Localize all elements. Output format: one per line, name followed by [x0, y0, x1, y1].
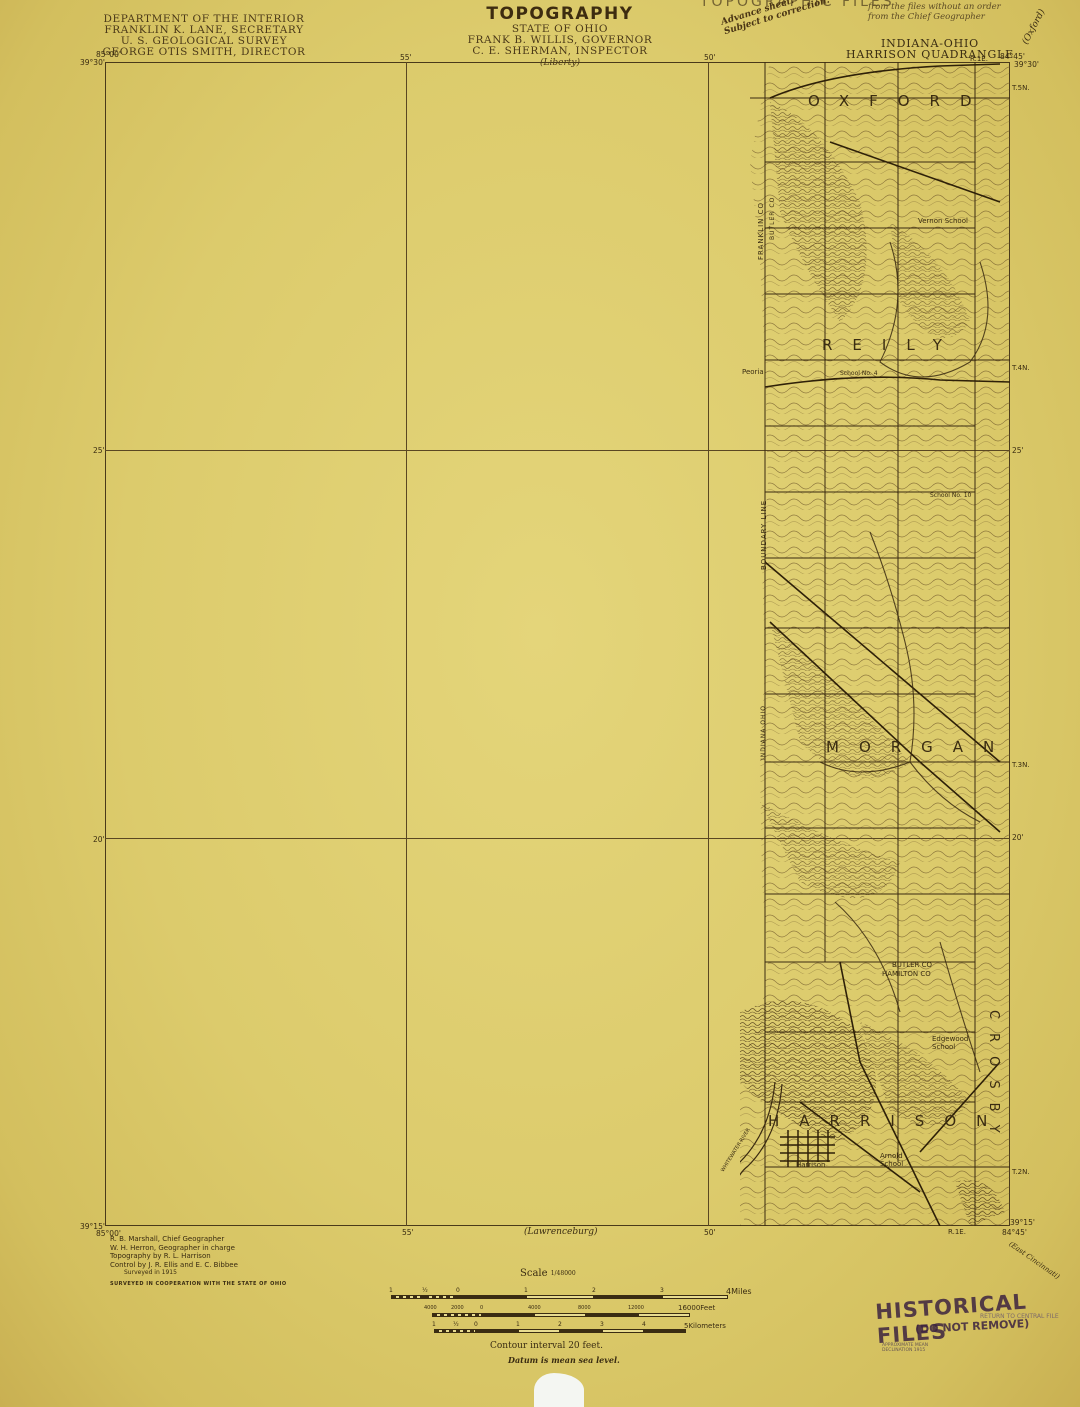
header-line: C. E. SHERMAN, INSPECTOR — [440, 46, 680, 57]
coord-se-lat: 39°15' — [1010, 1218, 1035, 1227]
tick-label: 1 — [524, 1287, 528, 1294]
township-label-t2n: T.2N. — [1012, 1168, 1030, 1176]
unit-label: Feet — [700, 1304, 715, 1312]
scale-bar-seg — [458, 1295, 526, 1299]
scale-title: Scale 1/48000 — [520, 1268, 576, 1279]
scale-bar-seg — [526, 1295, 594, 1299]
label-butler-co-south: BUTLER CO — [892, 961, 932, 969]
place-vernon-school: Vernon School — [918, 217, 968, 225]
stamp-note-line: from the Chief Geographer — [868, 12, 1001, 22]
township-oxford: OXFORD — [808, 92, 992, 110]
coord-right-25: 25' — [1012, 446, 1024, 455]
label-boundary-line: BOUNDARY LINE — [760, 500, 768, 570]
tick-label: 4000 — [424, 1305, 437, 1311]
credit-line: Topography by R. L. Harrison — [110, 1252, 287, 1261]
coord-left-25: 25' — [93, 446, 105, 455]
tick-label: 8000 — [578, 1305, 591, 1311]
map-title: TOPOGRAPHY — [440, 4, 680, 24]
place-arnold-school: Arnold School — [880, 1152, 910, 1168]
stamp-note: from the files without an order from the… — [868, 2, 1001, 22]
scale-bar-seg — [638, 1313, 690, 1317]
topographic-map-area[interactable] — [740, 62, 1010, 1226]
township-morgan: MORGAN — [826, 738, 1014, 756]
coord-bottom-50: 50' — [704, 1228, 716, 1237]
label-hamilton-co: HAMILTON CO — [882, 970, 931, 978]
place-school-no-10: School No. 10 — [930, 492, 971, 499]
scale-bar-seg — [644, 1329, 686, 1333]
return-central-file-stamp: RETURN TO CENTRAL FILE — [980, 1313, 1059, 1320]
tick-label: 1 — [432, 1321, 436, 1328]
scale-bar-seg — [482, 1313, 534, 1317]
adjacent-sheet-south: (Lawrenceburg) — [524, 1227, 597, 1237]
tick-label: ½ — [453, 1321, 459, 1328]
tick-label: 12000 — [628, 1305, 644, 1311]
stamp-note-line: from the files without an order — [868, 2, 1001, 12]
coord-right-20: 20' — [1012, 833, 1024, 842]
label-butler-co: BUTLER CO — [769, 197, 776, 240]
scale-bar-seg — [534, 1313, 586, 1317]
township-label-t3n: T.3N. — [1012, 761, 1030, 769]
tick-label: 2 — [558, 1321, 562, 1328]
cooperation-note: SURVEYED IN COOPERATION WITH THE STATE O… — [110, 1280, 287, 1289]
declination-line: DECLINATION 1915 — [882, 1348, 928, 1353]
tick-label: 2000 — [451, 1305, 464, 1311]
scale-bar-seg — [662, 1295, 728, 1299]
coord-left-20: 20' — [93, 835, 105, 844]
unit-label: Kilometers — [688, 1322, 725, 1330]
datum-note: Datum is mean sea level. — [508, 1355, 620, 1365]
scale-bar-seg — [602, 1329, 644, 1333]
tick-label: 16000 — [678, 1304, 700, 1312]
tick-label: 2 — [592, 1287, 596, 1294]
place-harrison: Harrison — [796, 1161, 826, 1169]
scale-bar-seg — [518, 1329, 560, 1333]
tick-label: 0 — [474, 1321, 478, 1328]
coord-se-lon: 84°45' — [1002, 1228, 1027, 1237]
survey-year: Surveyed in 1915 — [110, 1269, 287, 1278]
credit-line: R. B. Marshall, Chief Geographer — [110, 1235, 287, 1244]
adjacent-sheet-se: (East Cincinnati) — [1007, 1240, 1061, 1281]
tick-label: 0 — [456, 1287, 460, 1294]
scale-bar-seg — [476, 1329, 518, 1333]
grid-line-55 — [406, 62, 407, 1226]
tick-label: 1 — [516, 1321, 520, 1328]
place-peoria: Peoria — [742, 368, 764, 376]
township-label-t4n: T.4N. — [1012, 364, 1030, 372]
township-harrison: HARRISON — [768, 1112, 1007, 1130]
paper-tear — [534, 1373, 584, 1407]
coord-ne-lat: 39°30' — [1014, 60, 1039, 69]
contour-interval: Contour interval 20 feet. — [490, 1341, 603, 1351]
unit-label: Miles — [731, 1287, 751, 1296]
scale-bar-seg — [586, 1313, 638, 1317]
range-label-top: R.1E. — [970, 55, 988, 63]
coord-nw-lon: 85°00' — [96, 50, 121, 59]
label-franklin-co: FRANKLIN CO — [757, 202, 765, 260]
coord-bottom-55: 55' — [402, 1228, 414, 1237]
credit-line: W. H. Herron, Geographer in charge — [110, 1244, 287, 1253]
adjacent-sheet-ne: (Oxford) — [1021, 8, 1048, 47]
scale-bar-seg — [594, 1295, 662, 1299]
header-title-block: TOPOGRAPHY STATE OF OHIO FRANK B. WILLIS… — [440, 4, 680, 68]
tick-label: 4 — [642, 1321, 646, 1328]
tick-label: 3 — [600, 1321, 604, 1328]
grid-line-50 — [708, 62, 709, 1226]
township-crosby: CROSBY — [986, 1010, 1001, 1147]
scale-bar-seg — [560, 1329, 602, 1333]
township-label-t5n: T.5N. — [1012, 84, 1030, 92]
coord-nw-lat: 39°30' — [80, 58, 105, 67]
scale-bar-sub — [434, 1329, 476, 1333]
scale-label: Scale — [520, 1268, 548, 1279]
label-indiana-ohio: INDIANA OHIO — [760, 705, 767, 760]
coord-top-55: 55' — [400, 53, 412, 62]
tick-label: 3 — [660, 1287, 664, 1294]
township-reily: REILY — [822, 336, 962, 354]
tick-label: 4000 — [528, 1305, 541, 1311]
credits-block: R. B. Marshall, Chief Geographer W. H. H… — [110, 1235, 287, 1288]
range-label-bottom: R.1E. — [948, 1228, 966, 1236]
place-school-no-4: School No. 4 — [840, 370, 878, 377]
scale-bar-sub — [391, 1295, 424, 1299]
declination-note: APPROXIMATE MEAN DECLINATION 1915 — [882, 1343, 928, 1353]
coord-top-50: 50' — [704, 53, 716, 62]
tick-label: ½ — [422, 1287, 428, 1294]
credit-line: Control by J. R. Ellis and E. C. Bibbee — [110, 1261, 287, 1270]
place-edgewood-school: Edgewood School — [932, 1035, 966, 1051]
scale-fraction: 1/48000 — [551, 1270, 576, 1277]
tick-label: 0 — [480, 1305, 483, 1311]
scale-bar-sub — [432, 1313, 482, 1317]
scale-bar-sub — [424, 1295, 458, 1299]
tick-label: 1 — [389, 1287, 393, 1294]
